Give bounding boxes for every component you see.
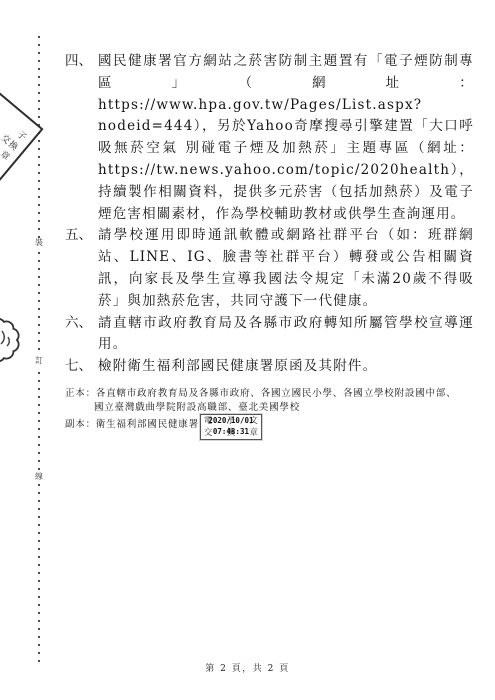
main-recipients-text: 各直轄市政府教育局及各縣市政府、各國立國民小學、各國立學校附設國中部、 [96, 388, 457, 399]
item-number: 六、 [65, 313, 92, 335]
corner-stamp: 子 交換 章 [0, 78, 44, 185]
list-item: 五、 請學校運用即時通訊軟體或網路社群平台（如：班群網站、LINE、IG、臉書等… [65, 225, 474, 312]
edge-seal-icon [0, 314, 24, 366]
body-text: 四、 國民健康署官方網站之菸害防制主題置有「電子煙防制專區」（網址：https:… [65, 51, 474, 378]
electronic-exchange-stamp: 電子文 交換章 2020/10/01 07:48:31 [200, 414, 262, 440]
main-recipients-line: 正本：各直轄市政府教育局及各縣市政府、各國立國民小學、各國立學校附設國中部、 [65, 387, 485, 401]
copy-recipients-line: 副本：衛生福利部國民健康署 電子文 交換章 2020/10/01 07:48:3… [65, 414, 485, 440]
binding-char-middle: 訂 [30, 356, 48, 366]
stamp-time: 07:48:31 [201, 426, 261, 438]
item-number: 四、 [65, 51, 92, 73]
item-text: 檢附衛生福利部國民健康署原函及其附件。 [98, 358, 377, 374]
list-item: 七、 檢附衛生福利部國民健康署原函及其附件。 [65, 356, 474, 378]
item-text: 請學校運用即時通訊軟體或網路社群平台（如：班群網站、LINE、IG、臉書等社群平… [98, 227, 474, 308]
copy-recipients-text: 衛生福利部國民健康署 [96, 419, 199, 430]
document-page: 裝 訂 線 子 交換 章 四、 國民健康署官方網站之菸害防制主題置有「電子煙防制… [0, 0, 495, 700]
page-number: 第 2 頁，共 2 頁 [205, 661, 289, 674]
item-text: 國民健康署官方網站之菸害防制主題置有「電子煙防制專區」（網址：https://w… [98, 53, 474, 222]
copy-recipients-label: 副本： [65, 419, 96, 430]
recipients-block: 正本：各直轄市政府教育局及各縣市政府、各國立國民小學、各國立學校附設國中部、 國… [65, 387, 485, 440]
binding-char-top: 裝 [30, 238, 48, 248]
list-item: 六、 請直轄市政府教育局及各縣市政府轉知所屬管學校宣導運用。 [65, 313, 474, 357]
main-recipients-label: 正本： [65, 388, 96, 399]
item-text: 請直轄市政府教育局及各縣市政府轉知所屬管學校宣導運用。 [98, 315, 474, 353]
main-recipients-line2: 國立臺灣戲曲學院附設高職部、臺北美國學校 [65, 401, 485, 415]
item-number: 五、 [65, 225, 92, 247]
list-item: 四、 國民健康署官方網站之菸害防制主題置有「電子煙防制專區」（網址：https:… [65, 51, 474, 225]
item-number: 七、 [65, 356, 92, 378]
binding-char-bottom: 線 [30, 472, 48, 482]
